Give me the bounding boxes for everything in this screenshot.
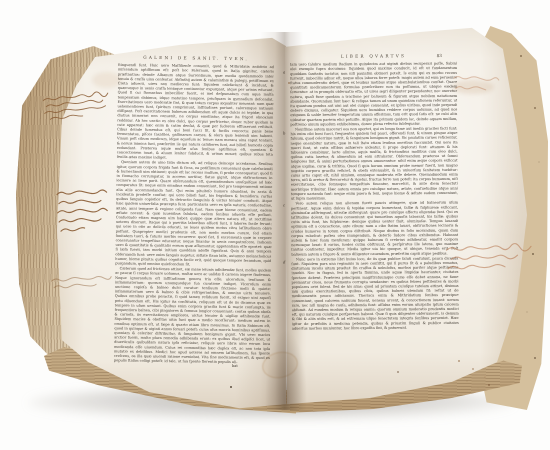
margin-letter-a: a <box>283 70 285 75</box>
left-page-paragraph: Cæterum quod ad frictiones attinet, eæ m… <box>114 266 271 365</box>
right-running-header-row: LIBER QVARTVS 83 <box>290 53 457 59</box>
right-page-paragraph: Nouiſſime autem macerari eos non oportet… <box>290 126 458 201</box>
margin-letter-b: b <box>283 131 285 136</box>
left-page-text-column: GALENI DE SANIT. TVEN. ſtinguendi ſunt. … <box>114 55 274 367</box>
ink-speck <box>230 386 232 388</box>
catchword: bat <box>232 355 272 363</box>
section-margin-letters: a b c d <box>282 64 291 274</box>
marginalia-note-left-middle <box>55 188 111 236</box>
folio-number: 83 <box>437 54 442 59</box>
marginalia-note-right-middle <box>444 242 537 273</box>
right-page-paragraph: Vero autem reliqua non alienum fuerit pa… <box>291 201 458 257</box>
left-page-paragraph: Quoniam autem de uino ſatis dictum eſt, … <box>115 160 272 268</box>
ink-speck <box>397 371 399 373</box>
margin-letter-d: d <box>283 260 285 265</box>
right-page-paragraph: Iam uero ſalubre medium ſtadium in quind… <box>290 62 457 128</box>
right-page-text-column: LIBER QVARTVS 83 Iam uero ſalubre medium… <box>290 53 459 360</box>
right-running-header: LIBER QVARTVS <box>290 53 457 59</box>
left-running-header: GALENI DE SANIT. TVEN. <box>118 55 274 62</box>
fore-edge-specks <box>520 55 522 57</box>
right-page-paragraph: Nunc uero in extremo libri huius loco, d… <box>291 256 459 331</box>
marginalia-note-right-upper <box>451 73 502 98</box>
left-page-paragraph: ſtinguendi ſunt. Huic uero Maſſilienſe c… <box>117 63 274 162</box>
left-running-header-row: GALENI DE SANIT. TVEN. <box>118 55 274 62</box>
foxing-spots <box>458 360 460 362</box>
margin-letter-c: c <box>283 203 285 208</box>
book-photograph: GALENI DE SANIT. TVEN. ſtinguendi ſunt. … <box>0 0 550 450</box>
